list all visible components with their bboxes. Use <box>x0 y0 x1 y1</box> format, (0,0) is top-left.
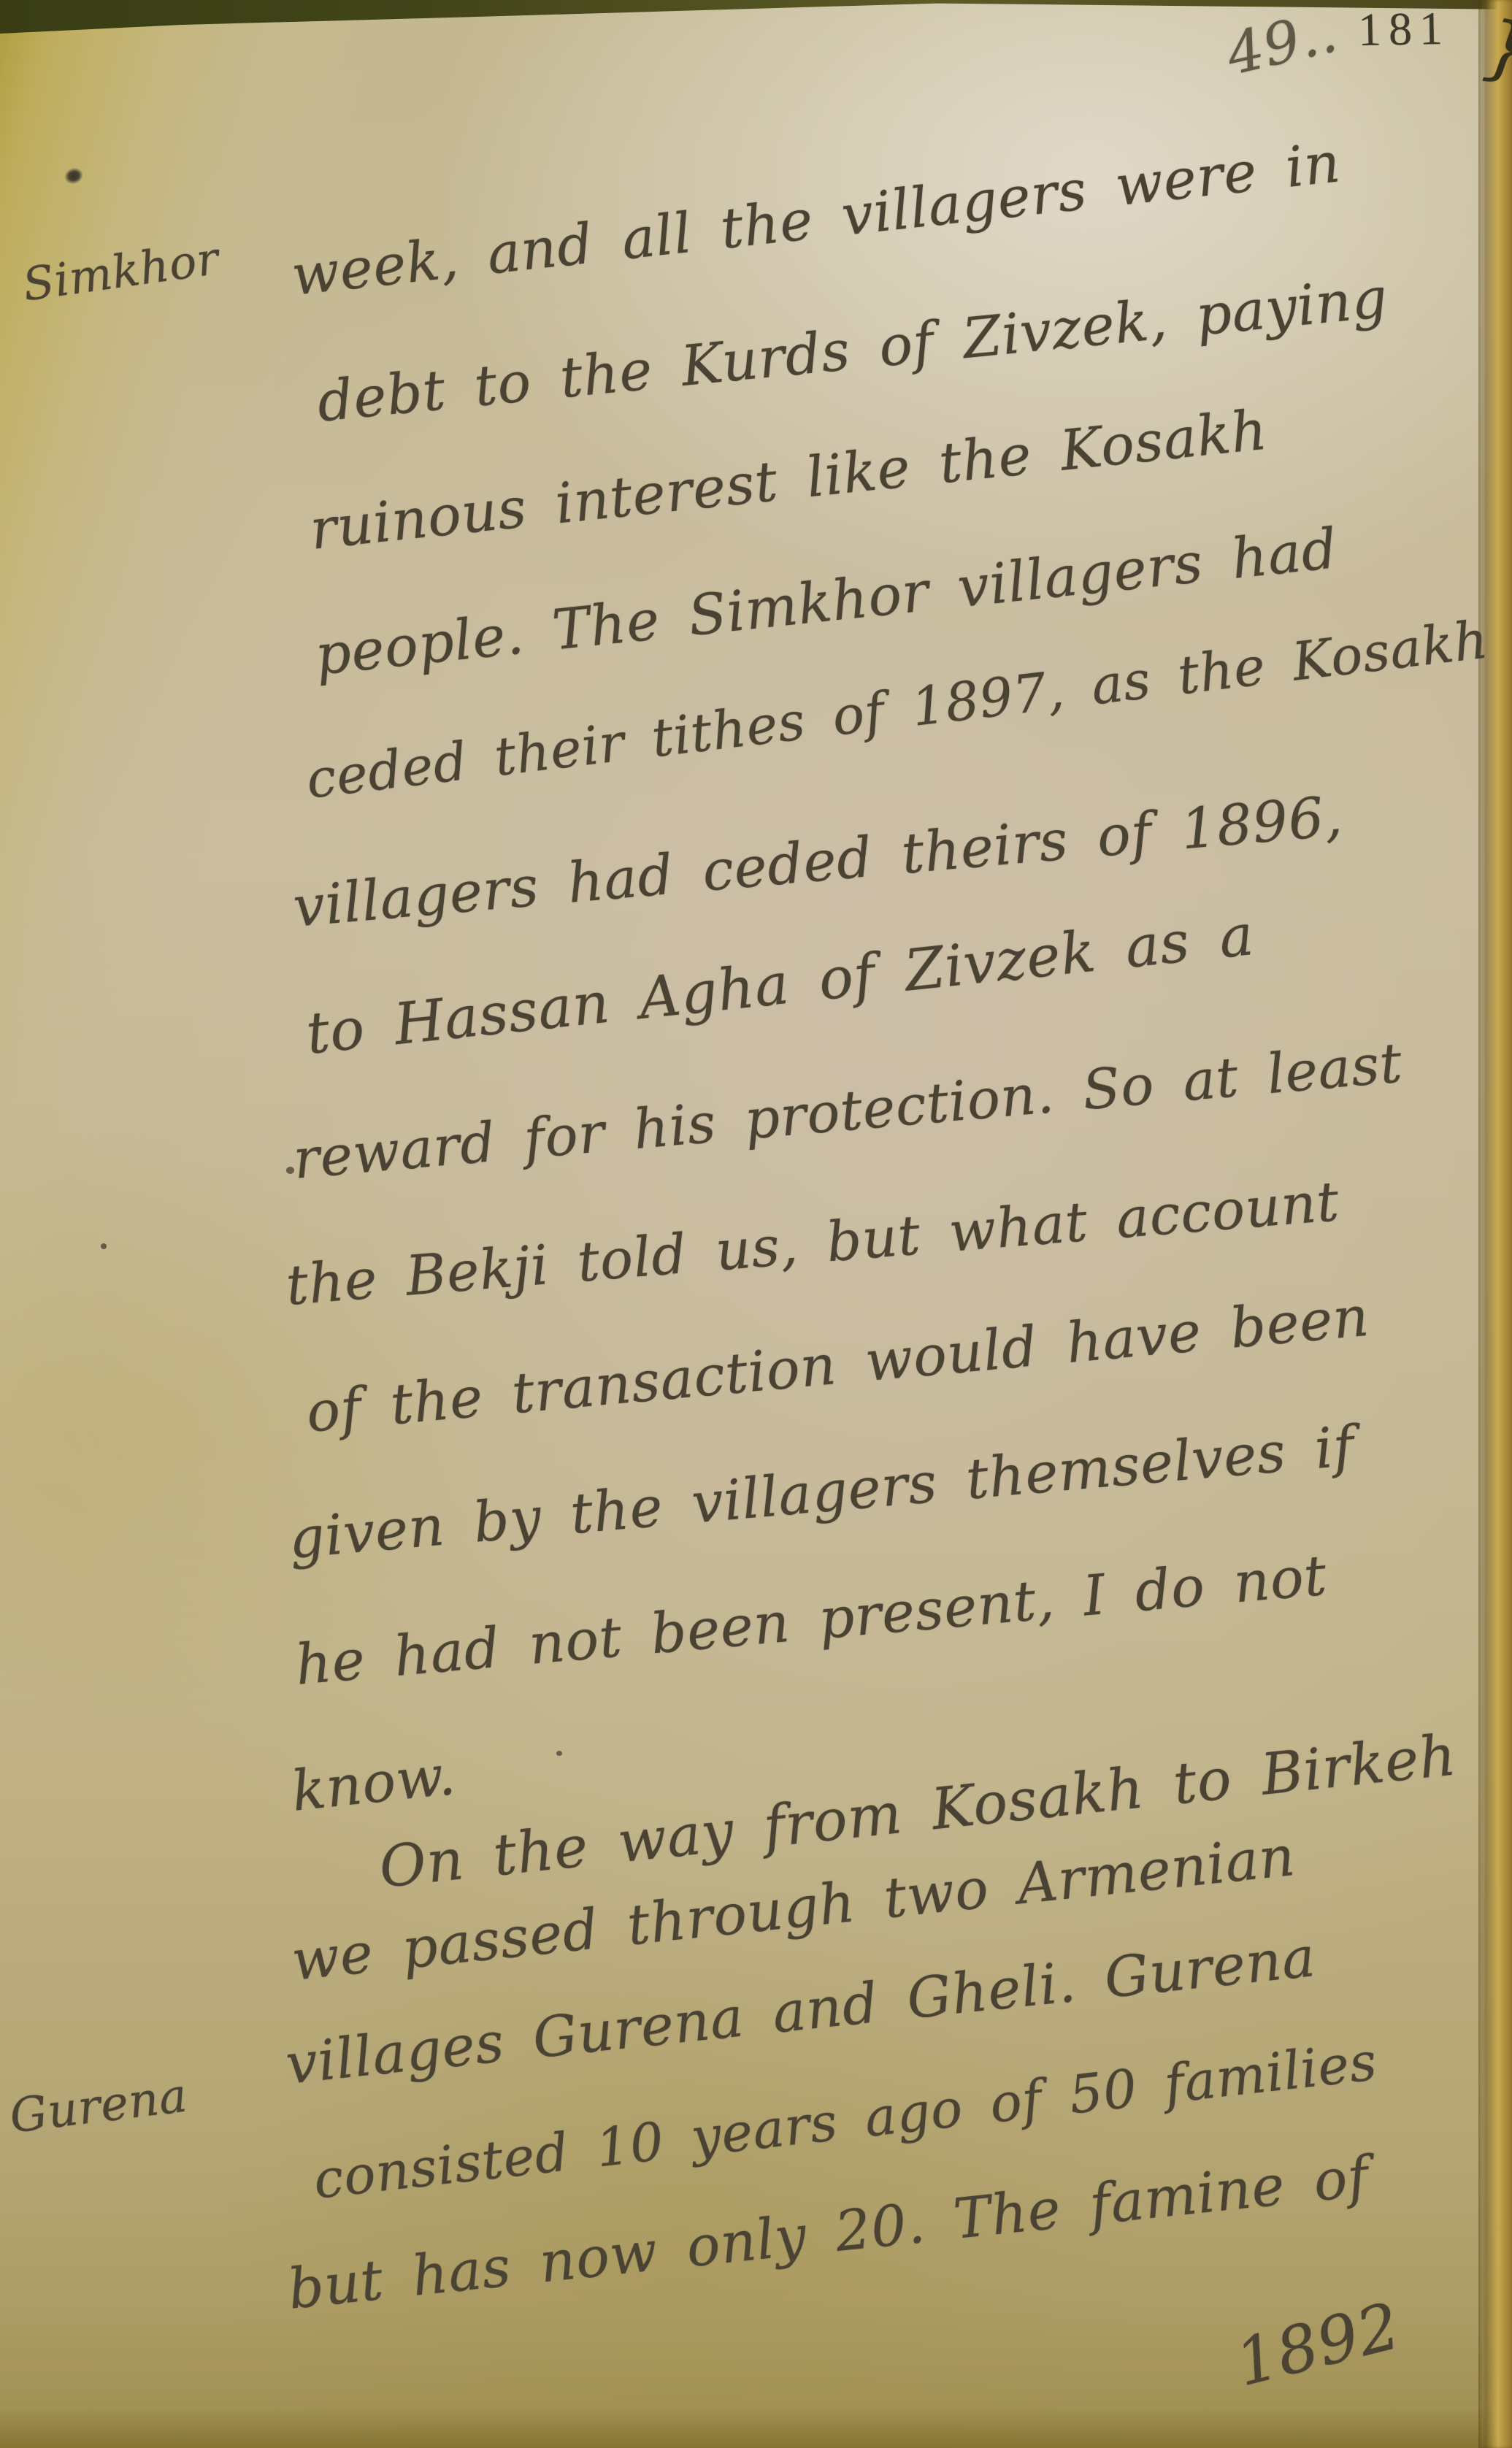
handwritten-line: the Bekji told us, but what account <box>284 1174 1341 1313</box>
ink-speck <box>101 1243 107 1249</box>
manuscript-page: 49.. 181 } Simkhor Gurena week, and all … <box>0 0 1512 2448</box>
handwritten-line: given by the villagers themselves if <box>287 1419 1356 1567</box>
handwritten-line: to Hassan Agha of Zivzek as a <box>304 907 1256 1063</box>
handwritten-line: he had not been present, I do not <box>293 1548 1329 1693</box>
ink-speck <box>286 1167 294 1174</box>
page-right-edge <box>1478 0 1512 2448</box>
folio-number-handwritten: 49.. <box>1221 4 1343 84</box>
ink-speck <box>556 1751 562 1756</box>
handwritten-line: week, and all the villagers were in <box>289 134 1343 304</box>
handwritten-line: reward for his protection. So at least <box>291 1035 1405 1187</box>
handwritten-line: know. <box>289 1747 458 1819</box>
margin-note-gurena: Gurena <box>7 2072 190 2140</box>
ink-blot <box>62 165 85 187</box>
handwritten-line: 1892 <box>1229 2293 1406 2395</box>
page-number-stamp: 181 <box>1357 5 1450 53</box>
margin-note-simkhor: Simkhor <box>20 236 222 308</box>
handwritten-line: ruinous interest like the Kosakh <box>307 402 1270 557</box>
handwritten-line: of the transaction would have been <box>304 1289 1372 1440</box>
